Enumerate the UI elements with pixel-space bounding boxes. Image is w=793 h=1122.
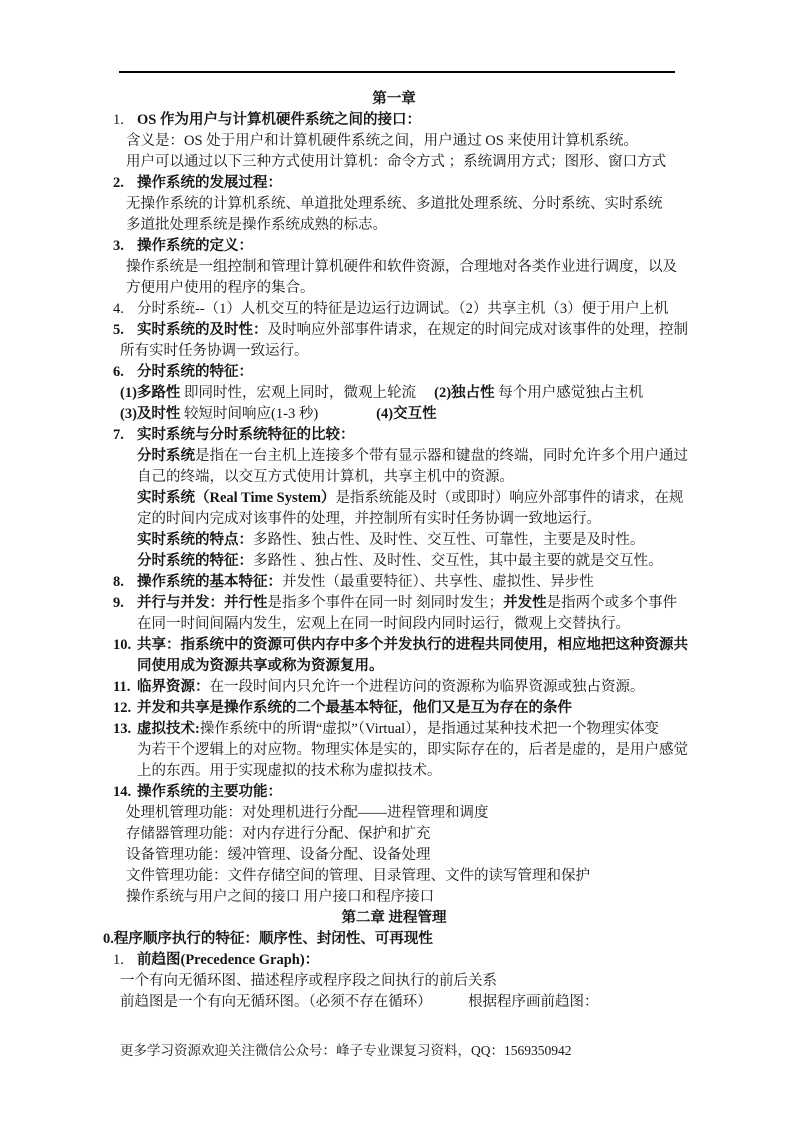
bold-text-run: 操作系统的主要功能： — [137, 784, 282, 800]
document-body: 第一章1.OS 作为用户与计算机硬件系统之间的接口：含义是：OS 处于用户和计算… — [0, 89, 793, 1013]
text-run: 及时响应外部事件请求，在规定的时间完成对该事件的处理，控制 — [268, 322, 689, 338]
text-run: 每个用户感觉独占主机 — [495, 385, 644, 401]
bold-text-run: 并发和共享是操作系统的二个最基本特征，他们又是互为存在的条件 — [137, 700, 572, 716]
doc-line: (1)多路性 即同时性，宏观上同时，微观上轮流 (2)独占性 每个用户感觉独占主… — [0, 383, 793, 404]
bold-text-run: 操作系统的发展过程： — [137, 175, 282, 191]
text-run: 是指系统能及时（或即时）响应外部事件的请求，在规 — [335, 490, 683, 506]
bold-text-run: 并发性 — [503, 595, 547, 611]
footer-note: 更多学习资源欢迎关注微信公众号：峰子专业课复习资料，QQ：1569350942 — [120, 1042, 572, 1060]
bold-text-run: 0.程序顺序执行的特征：顺序性、封闭性、可再现性 — [103, 931, 433, 947]
text-run: 处理机管理功能：对处理机进行分配——进程管理和调度 — [126, 805, 489, 821]
text-run: 是指在一台主机上连接多个带有显示器和键盘的终端，同时允许多个用户通过 — [195, 448, 688, 464]
doc-line: 含义是：OS 处于用户和计算机硬件系统之间，用户通过 OS 来使用计算机系统。 — [0, 131, 793, 152]
bold-text-run: OS 作为用户与计算机硬件系统之间的接口： — [137, 112, 421, 128]
text-run: 操作系统中的所谓“虚拟”（Virtual），是指通过某种技术把一个物理实体变 — [200, 721, 659, 737]
text-run — [318, 406, 376, 422]
list-number: 6. — [113, 362, 137, 383]
bold-text-run: 同使用成为资源共享或称为资源复用。 — [137, 658, 384, 674]
bold-text-run: 临界资源： — [137, 679, 210, 695]
doc-line: 处理机管理功能：对处理机进行分配——进程管理和调度 — [0, 803, 793, 824]
text-run: 分时系统--（1）人机交互的特征是边运行边调试。（2）共享主机（3）便于用户上机 — [137, 301, 669, 317]
text-run — [425, 994, 469, 1010]
list-number: 12. — [113, 698, 137, 719]
doc-line: 4.分时系统--（1）人机交互的特征是边运行边调试。（2）共享主机（3）便于用户… — [0, 299, 793, 320]
text-run: 含义是：OS 处于用户和计算机硬件系统之间，用户通过 OS 来使用计算机系统。 — [126, 133, 638, 149]
header-rule — [119, 71, 675, 73]
text-run: 上的东西。用于实现虚拟的技术称为虚拟技术。 — [137, 763, 442, 779]
document-page: { "page": { "background": "#ffffff", "te… — [0, 0, 793, 1122]
text-run: 定的时间内完成对该事件的处理，并控制所有实时任务协调一致地运行。 — [137, 511, 601, 527]
bold-text-run: 实时系统（Real Time System） — [137, 490, 335, 506]
bold-text-run: 前趋图(Precedence Graph)： — [137, 952, 319, 968]
bold-text-run: 实时系统的特点： — [137, 532, 253, 548]
doc-line: 前趋图是一个有向无循环图。（必须不存在循环） 根据程序画前趋图： — [0, 992, 793, 1013]
list-number: 13. — [113, 719, 137, 740]
text-run: 存储器管理功能：对内存进行分配、保护和扩充 — [126, 826, 431, 842]
doc-line: 为若干个逻辑上的对应物。物理实体是实的，即实际存在的，后者是虚的，是用户感觉 — [0, 740, 793, 761]
bold-text-run: 并行与并发：并行性 — [137, 595, 268, 611]
text-run: 并发性（最重要特征）、共享性、虚拟性、异步性 — [282, 574, 594, 590]
bold-text-run: 实时系统的及时性： — [137, 322, 268, 338]
doc-line: 1.前趋图(Precedence Graph)： — [0, 950, 793, 971]
doc-line: 11.临界资源：在一段时间内只允许一个进程访问的资源称为临界资源或独占资源。 — [0, 677, 793, 698]
text-run: 无操作系统的计算机系统、单道批处理系统、多道批处理系统、分时系统、实时系统 — [126, 196, 663, 212]
list-number: 2. — [113, 173, 137, 194]
text-run: 用户可以通过以下三种方式使用计算机：命令方式 ；系统调用方式；图形、窗口方式 — [126, 154, 666, 170]
doc-line: 存储器管理功能：对内存进行分配、保护和扩充 — [0, 824, 793, 845]
text-run: 即同时性，宏观上同时，微观上轮流 — [180, 385, 416, 401]
text-run: 根据程序画前趋图： — [468, 994, 599, 1010]
text-run: 是指多个事件在同一时 刻同时发生； — [268, 595, 504, 611]
list-number: 8. — [113, 572, 137, 593]
doc-line: 1.OS 作为用户与计算机硬件系统之间的接口： — [0, 110, 793, 131]
doc-line: 0.程序顺序执行的特征：顺序性、封闭性、可再现性 — [0, 929, 793, 950]
doc-line: 8.操作系统的基本特征：并发性（最重要特征）、共享性、虚拟性、异步性 — [0, 572, 793, 593]
text-run: 自己的终端，以交互方式使用计算机，共享主机中的资源。 — [137, 469, 514, 485]
doc-line: 所有实时任务协调一致运行。 — [0, 341, 793, 362]
text-run: 方便用户使用的程序的集合。 — [126, 280, 315, 296]
list-number: 1. — [113, 950, 137, 971]
bold-text-run: 第一章 — [372, 91, 416, 107]
text-run: 是指两个或多个事件 — [547, 595, 678, 611]
text-run: 多路性 、独占性、及时性、交互性，其中最主要的就是交互性。 — [253, 553, 663, 569]
doc-line: 多道批处理系统是操作系统成熟的标志。 — [0, 215, 793, 236]
doc-line: 上的东西。用于实现虚拟的技术称为虚拟技术。 — [0, 761, 793, 782]
text-run: 在一段时间内只允许一个进程访问的资源称为临界资源或独占资源。 — [210, 679, 645, 695]
text-run: 多路性、独占性、及时性、交互性、可靠性，主要是及时性。 — [253, 532, 645, 548]
bold-text-run: (3)及时性 — [120, 406, 180, 422]
doc-line: 操作系统与用户之间的接口 用户接口和程序接口 — [0, 887, 793, 908]
bold-text-run: (2)独占性 — [434, 385, 494, 401]
chapter-title: 第一章 — [113, 89, 675, 110]
doc-line: (3)及时性 较短时间响应(1-3 秒) (4)交互性 — [0, 404, 793, 425]
bold-text-run: 实时系统与分时系统特征的比较： — [137, 427, 355, 443]
text-run: 操作系统与用户之间的接口 用户接口和程序接口 — [126, 889, 434, 905]
list-number: 7. — [113, 425, 137, 446]
text-run: 设备管理功能：缓冲管理、设备分配、设备处理 — [126, 847, 431, 863]
doc-line: 用户可以通过以下三种方式使用计算机：命令方式 ；系统调用方式；图形、窗口方式 — [0, 152, 793, 173]
doc-line: 一个有向无循环图、描述程序或程序段之间执行的前后关系 — [0, 971, 793, 992]
text-run: 一个有向无循环图、描述程序或程序段之间执行的前后关系 — [120, 973, 497, 989]
bold-text-run: 分时系统的特征： — [137, 364, 253, 380]
doc-line: 实时系统（Real Time System）是指系统能及时（或即时）响应外部事件… — [0, 488, 793, 509]
doc-line: 10.共享：指系统中的资源可供内存中多个并发执行的进程共同使用，相应地把这种资源… — [0, 635, 793, 656]
text-run: 较短时间响应(1-3 秒) — [180, 406, 318, 422]
bold-text-run: 操作系统的定义： — [137, 238, 253, 254]
text-run: 所有实时任务协调一致运行。 — [120, 343, 309, 359]
doc-line: 9.并行与并发：并行性是指多个事件在同一时 刻同时发生；并发性是指两个或多个事件 — [0, 593, 793, 614]
list-number: 1. — [113, 110, 137, 131]
doc-line: 3.操作系统的定义： — [0, 236, 793, 257]
bold-text-run: (4)交互性 — [376, 406, 436, 422]
bold-text-run: (1)多路性 — [120, 385, 180, 401]
text-run: 前趋图是一个有向无循环图。（必须不存在循环） — [120, 994, 425, 1010]
doc-line: 定的时间内完成对该事件的处理，并控制所有实时任务协调一致地运行。 — [0, 509, 793, 530]
chapter-title: 第二章 进程管理 — [113, 908, 675, 929]
list-number: 9. — [113, 593, 137, 614]
bold-text-run: 虚拟技术: — [137, 721, 200, 737]
text-run: 为若干个逻辑上的对应物。物理实体是实的，即实际存在的，后者是虚的，是用户感觉 — [137, 742, 688, 758]
doc-line: 设备管理功能：缓冲管理、设备分配、设备处理 — [0, 845, 793, 866]
doc-line: 2.操作系统的发展过程： — [0, 173, 793, 194]
doc-line: 6.分时系统的特征： — [0, 362, 793, 383]
bold-text-run: 操作系统的基本特征： — [137, 574, 282, 590]
list-number: 10. — [113, 635, 137, 656]
doc-line: 操作系统是一组控制和管理计算机硬件和软件资源，合理地对各类作业进行调度，以及 — [0, 257, 793, 278]
text-run — [416, 385, 434, 401]
text-run: 多道批处理系统是操作系统成熟的标志。 — [126, 217, 387, 233]
doc-line: 14.操作系统的主要功能： — [0, 782, 793, 803]
text-run: 在同一时间间隔内发生，宏观上在同一时间段内同时运行，微观上交替执行。 — [137, 616, 630, 632]
doc-line: 方便用户使用的程序的集合。 — [0, 278, 793, 299]
bold-text-run: 共享：指系统中的资源可供内存中多个并发执行的进程共同使用，相应地把这种资源共 — [137, 637, 688, 653]
doc-line: 实时系统的特点：多路性、独占性、及时性、交互性、可靠性，主要是及时性。 — [0, 530, 793, 551]
doc-line: 文件管理功能：文件存储空间的管理、目录管理、文件的读写管理和保护 — [0, 866, 793, 887]
list-number: 11. — [113, 677, 137, 698]
list-number: 14. — [113, 782, 137, 803]
text-run: 文件管理功能：文件存储空间的管理、目录管理、文件的读写管理和保护 — [126, 868, 590, 884]
bold-text-run: 分时系统的特征： — [137, 553, 253, 569]
doc-line: 自己的终端，以交互方式使用计算机，共享主机中的资源。 — [0, 467, 793, 488]
bold-text-run: 第二章 进程管理 — [341, 910, 446, 926]
doc-line: 12.并发和共享是操作系统的二个最基本特征，他们又是互为存在的条件 — [0, 698, 793, 719]
doc-line: 13.虚拟技术:操作系统中的所谓“虚拟”（Virtual），是指通过某种技术把一… — [0, 719, 793, 740]
doc-line: 在同一时间间隔内发生，宏观上在同一时间段内同时运行，微观上交替执行。 — [0, 614, 793, 635]
doc-line: 无操作系统的计算机系统、单道批处理系统、多道批处理系统、分时系统、实时系统 — [0, 194, 793, 215]
doc-line: 同使用成为资源共享或称为资源复用。 — [0, 656, 793, 677]
doc-line: 分时系统的特征：多路性 、独占性、及时性、交互性，其中最主要的就是交互性。 — [0, 551, 793, 572]
list-number: 3. — [113, 236, 137, 257]
list-number: 4. — [113, 299, 137, 320]
doc-line: 分时系统是指在一台主机上连接多个带有显示器和键盘的终端，同时允许多个用户通过 — [0, 446, 793, 467]
bold-text-run: 分时系统 — [137, 448, 195, 464]
list-number: 5. — [113, 320, 137, 341]
doc-line: 7.实时系统与分时系统特征的比较： — [0, 425, 793, 446]
doc-line: 5.实时系统的及时性：及时响应外部事件请求，在规定的时间完成对该事件的处理，控制 — [0, 320, 793, 341]
text-run: 操作系统是一组控制和管理计算机硬件和软件资源，合理地对各类作业进行调度，以及 — [126, 259, 677, 275]
